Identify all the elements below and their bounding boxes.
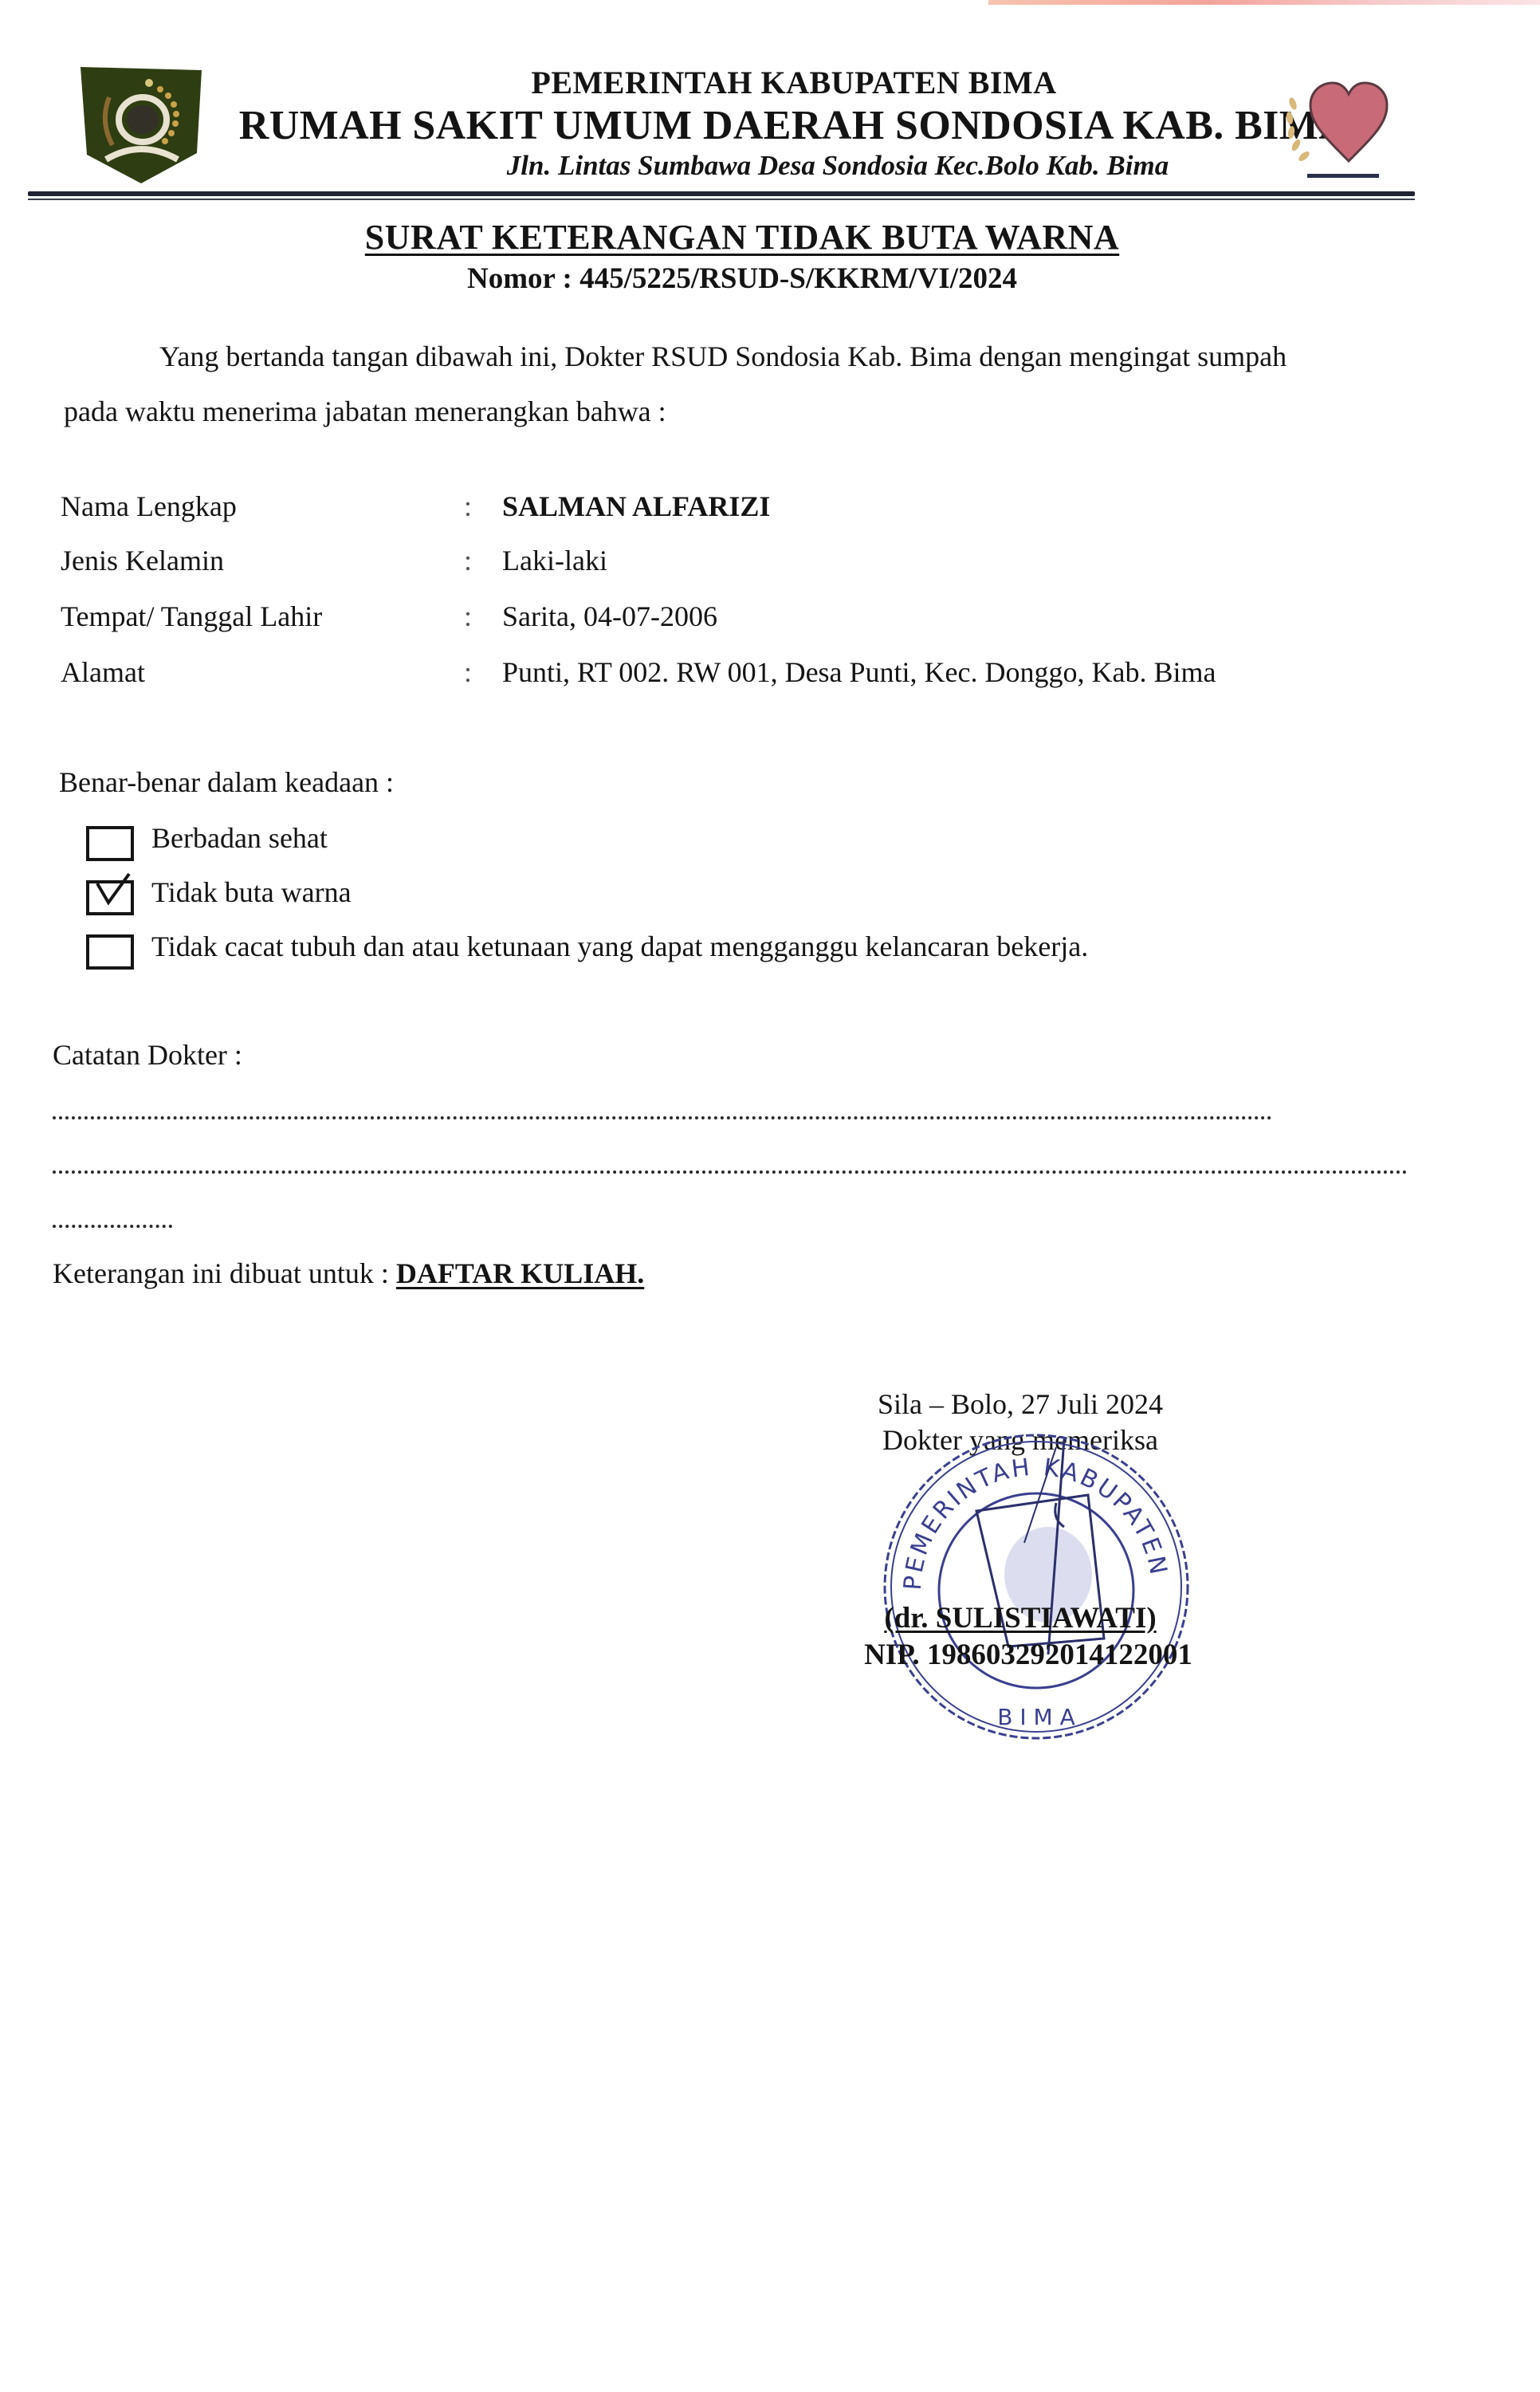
letterhead-rule-thin — [28, 199, 1415, 200]
official-stamp-icon: PEMERINTAH KABUPATEN B I M A — [865, 1415, 1208, 1758]
field-value-birth: Sarita, 04-07-2006 — [502, 600, 717, 633]
field-label-name: Nama Lengkap — [61, 490, 237, 523]
checkbox-no-disability — [86, 934, 134, 970]
document-number: Nomor : 445/5225/RSUD-S/KKRM/VI/2024 — [0, 262, 1540, 296]
heart-hospital-logo-icon — [1275, 56, 1395, 183]
field-value-gender: Laki-laki — [502, 544, 607, 577]
checkbox-healthy — [86, 826, 134, 861]
field-separator: : — [464, 490, 472, 523]
field-label-address: Alamat — [61, 655, 145, 689]
checkbox-label-not-color-blind: Tidak buta warna — [151, 875, 352, 909]
intro-paragraph-line2: pada waktu menerima jabatan menerangkan … — [64, 395, 666, 428]
checkbox-not-color-blind — [86, 880, 134, 915]
field-separator: : — [464, 655, 472, 689]
purpose-label: Keterangan ini dibuat untuk : — [53, 1257, 396, 1289]
field-separator: : — [464, 600, 472, 633]
field-value-name: SALMAN ALFARIZI — [502, 490, 770, 523]
letterhead-rule — [28, 191, 1415, 196]
signature-name: (dr. SULISTIAWATI) — [797, 1601, 1243, 1635]
condition-label: Benar-benar dalam keadaan : — [59, 765, 394, 799]
purpose-line: Keterangan ini dibuat untuk : DAFTAR KUL… — [53, 1257, 644, 1290]
purpose-value: DAFTAR KULIAH. — [396, 1257, 644, 1289]
checkbox-label-healthy: Berbadan sehat — [151, 821, 328, 855]
intro-paragraph-line1: Yang bertanda tangan dibawah ini, Dokter… — [159, 340, 1287, 373]
field-label-birth: Tempat/ Tanggal Lahir — [61, 600, 322, 633]
notes-dotted-line — [53, 1225, 172, 1228]
notes-dotted-line — [53, 1170, 1408, 1174]
svg-text:B I M A: B I M A — [997, 1704, 1074, 1730]
checkbox-label-no-disability: Tidak cacat tubuh dan atau ketunaan yang… — [151, 930, 1088, 963]
doctor-notes-label: Catatan Dokter : — [53, 1038, 242, 1072]
signature-nip: NIP. 198603292014122001 — [805, 1638, 1251, 1672]
checkmark-icon — [94, 872, 139, 911]
field-value-address: Punti, RT 002. RW 001, Desa Punti, Kec. … — [502, 655, 1216, 689]
notes-dotted-line — [53, 1116, 1272, 1119]
field-label-gender: Jenis Kelamin — [61, 544, 224, 577]
field-separator: : — [464, 544, 472, 577]
document-title: SURAT KETERANGAN TIDAK BUTA WARNA — [0, 217, 1540, 258]
scan-edge-strip — [988, 0, 1540, 5]
